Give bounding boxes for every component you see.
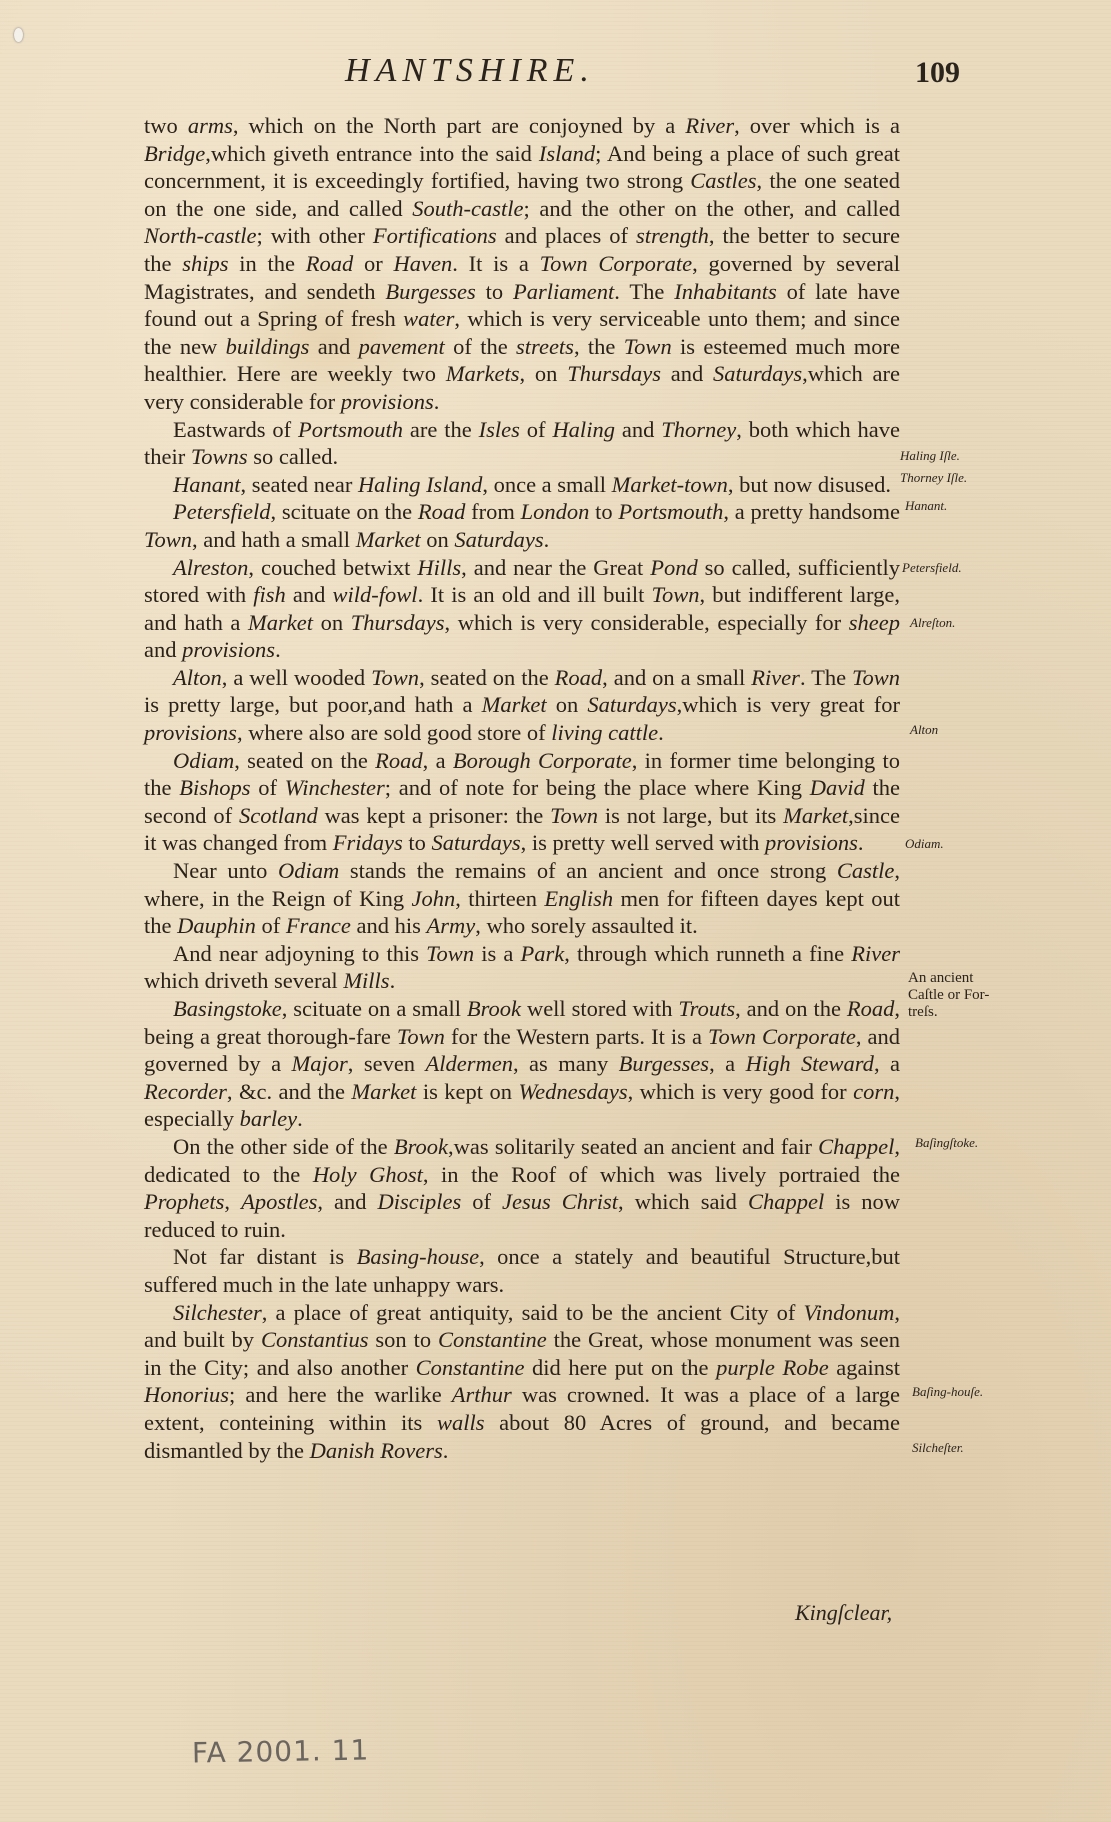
italic-term: Portsmouth [618, 499, 723, 524]
italic-term: Basing-house [357, 1244, 480, 1269]
italic-term: provisions [182, 637, 275, 662]
italic-term: Chappel [818, 1134, 894, 1159]
italic-term: living cattle [551, 720, 658, 745]
italic-term: Pond [650, 555, 698, 580]
italic-term: Brook [394, 1134, 448, 1159]
italic-term: Trouts [678, 996, 735, 1021]
italic-term: Parliament [513, 279, 614, 304]
italic-term: Aldermen [426, 1051, 513, 1076]
sidenote-basing-house: Baſing-houſe. [912, 1384, 1032, 1400]
paragraph-hanant: Hanant, seated near Haling Island, once … [144, 471, 900, 499]
italic-term: Bridge [144, 141, 205, 166]
italic-term: Markets [446, 361, 520, 386]
italic-term: Hills [417, 555, 461, 580]
italic-term: Haling Island [358, 472, 482, 497]
italic-term: Thorney [661, 417, 736, 442]
italic-term: Fortifications [373, 223, 497, 248]
italic-term: Disciples [377, 1189, 461, 1214]
paragraph-silchester: Silchester, a place of great antiquity, … [144, 1299, 900, 1465]
paragraph-chappel: On the other side of the Brook,was solit… [144, 1133, 900, 1243]
sidenote-alton: Alton [910, 722, 1030, 738]
italic-term: provisions [765, 830, 858, 855]
italic-term: Town [652, 582, 700, 607]
italic-term: Fridays [333, 830, 403, 855]
italic-term: Dauphin [177, 913, 256, 938]
italic-term: High Steward [746, 1051, 874, 1076]
italic-term: Road [555, 665, 603, 690]
italic-term: wild-fowl [333, 582, 418, 607]
italic-term: David [810, 775, 865, 800]
italic-term: Inhabitants [674, 279, 777, 304]
sidenote-haling: Haling Iſle. [900, 448, 1020, 464]
italic-term: Army [426, 913, 475, 938]
italic-term: John [411, 886, 455, 911]
italic-term: France [286, 913, 351, 938]
italic-term: Town Corporate [540, 251, 692, 276]
italic-term: Haling [552, 417, 615, 442]
italic-term: Recorder [144, 1079, 227, 1104]
sidenote-hanant: Hanant. [905, 498, 1025, 514]
italic-term: Scotland [239, 803, 318, 828]
italic-term: Portsmouth [298, 417, 403, 442]
italic-term: purple Robe [716, 1355, 829, 1380]
italic-term: Wednesdays [518, 1079, 627, 1104]
italic-term: provisions [144, 720, 237, 745]
italic-term: Bishops [179, 775, 250, 800]
italic-term: Jesus Christ [502, 1189, 618, 1214]
italic-term: Odiam [173, 748, 234, 773]
sidenote-odiam: Odiam. [905, 836, 1025, 852]
italic-term: Hanant [173, 472, 241, 497]
italic-term: Danish Rovers [310, 1438, 443, 1463]
sidenote-petersfield: Petersfield. [902, 560, 1022, 576]
italic-term: Thursdays [351, 610, 445, 635]
italic-term: Castle [837, 858, 895, 883]
italic-term: Market-town [612, 472, 728, 497]
italic-term: corn [853, 1079, 894, 1104]
paragraph-alreston: Alreston, couched betwixt Hills, and nea… [144, 554, 900, 664]
italic-term: Town [852, 665, 900, 690]
italic-term: Basingstoke [173, 996, 282, 1021]
paragraph-park: And near adjoyning to this Town is a Par… [144, 940, 900, 995]
italic-term: Road [418, 499, 466, 524]
italic-term: streets [516, 334, 574, 359]
paragraph-alton: Alton, a well wooded Town, seated on the… [144, 664, 900, 747]
italic-term: Town [371, 665, 419, 690]
page-number: 109 [915, 56, 960, 90]
italic-term: Major [292, 1051, 348, 1076]
running-head: HANTSHIRE. [345, 52, 595, 90]
paragraph-basingstoke: Basingstoke, scituate on a small Brook w… [144, 995, 900, 1133]
italic-term: Arthur [452, 1382, 512, 1407]
italic-term: Thursdays [567, 361, 661, 386]
italic-term: Alreston [173, 555, 248, 580]
italic-term: Town [397, 1024, 445, 1049]
italic-term: sheep [849, 610, 900, 635]
body-text: two arms, which on the North part are co… [144, 112, 900, 1464]
italic-term: Market [482, 692, 547, 717]
italic-term: Market [248, 610, 313, 635]
italic-term: Town [144, 527, 192, 552]
italic-term: Market [351, 1079, 416, 1104]
paragraph-haling-thorney: Eastwards of Portsmouth are the Isles of… [144, 416, 900, 471]
italic-term: Burgesses [385, 279, 475, 304]
italic-term: Market [783, 803, 848, 828]
sidenote-basingstoke: Baſingſtoke. [915, 1135, 1035, 1151]
italic-term: strength [636, 223, 709, 248]
italic-term: Park [520, 941, 564, 966]
sidenote-alreston: Alreſton. [910, 615, 1030, 631]
pin-hole [14, 28, 23, 42]
italic-term: walls [437, 1410, 485, 1435]
sidenote-thorney: Thorney Iſle. [900, 470, 1020, 486]
paragraph-basing-house: Not far distant is Basing-house, once a … [144, 1243, 900, 1298]
italic-term: London [521, 499, 590, 524]
italic-term: Brook [467, 996, 521, 1021]
italic-term: Silchester [173, 1300, 262, 1325]
italic-term: Road [375, 748, 423, 773]
italic-term: Town [624, 334, 672, 359]
italic-term: Petersfield [173, 499, 270, 524]
italic-term: barley [240, 1106, 297, 1131]
page-header: HANTSHIRE. 109 [140, 52, 940, 92]
italic-term: buildings [226, 334, 310, 359]
italic-term: Constantine [438, 1327, 547, 1352]
italic-term: provisions [341, 389, 434, 414]
italic-term: Mills [343, 968, 389, 993]
italic-term: Winchester [285, 775, 385, 800]
italic-term: Isles [479, 417, 520, 442]
italic-term: Road [306, 251, 354, 276]
italic-term: South-castle [412, 196, 523, 221]
italic-term: arms [188, 113, 233, 138]
italic-term: North-castle [144, 223, 257, 248]
italic-term: Saturdays [587, 692, 676, 717]
italic-term: Town Corporate [708, 1024, 856, 1049]
italic-term: River [751, 665, 800, 690]
italic-term: Town [550, 803, 598, 828]
italic-term: River [685, 113, 734, 138]
italic-term: Towns [191, 444, 248, 469]
italic-term: Saturdays [713, 361, 802, 386]
italic-term: Saturdays [431, 830, 520, 855]
italic-term: Vindonum [804, 1300, 895, 1325]
paragraph-odiam: Odiam, seated on the Road, a Borough Cor… [144, 747, 900, 857]
italic-term: Constantius [261, 1327, 369, 1352]
italic-term: Alton [173, 665, 222, 690]
italic-term: Island [539, 141, 595, 166]
italic-term: Constantine [416, 1355, 525, 1380]
italic-term: Burgesses [619, 1051, 709, 1076]
pencil-accession-mark: FA 2001. 11 [192, 1733, 370, 1769]
italic-term: Borough Corporate [453, 748, 632, 773]
italic-term: Honorius [144, 1382, 229, 1407]
sidenote-castle: An ancient Caſtle or For-treſs. [908, 970, 1008, 1021]
paragraph-portsmouth: two arms, which on the North part are co… [144, 112, 900, 416]
italic-term: water [403, 306, 454, 331]
italic-term: Holy Ghost [313, 1162, 423, 1187]
italic-term: Apostles [241, 1189, 317, 1214]
italic-term: Prophets [144, 1189, 224, 1214]
italic-term: English [544, 886, 613, 911]
paragraph-odiam-castle: Near unto Odiam stands the remains of an… [144, 857, 900, 940]
italic-term: pavement [359, 334, 445, 359]
italic-term: ships [182, 251, 228, 276]
italic-term: Saturdays [454, 527, 543, 552]
italic-term: Haven [394, 251, 453, 276]
italic-term: Town [426, 941, 474, 966]
italic-term: Chappel [748, 1189, 824, 1214]
italic-term: Market [356, 527, 421, 552]
paragraph-petersfield: Petersfield, scituate on the Road from L… [144, 498, 900, 553]
italic-term: Castles [690, 168, 756, 193]
sidenote-silchester: Silcheſter. [912, 1440, 1032, 1456]
italic-term: Road [847, 996, 895, 1021]
italic-term: fish [253, 582, 286, 607]
document-page: HANTSHIRE. 109 two arms, which on the No… [0, 0, 1111, 1822]
catchword: Kingſclear, [795, 1600, 892, 1626]
italic-term: Odiam [278, 858, 339, 883]
italic-term: River [851, 941, 900, 966]
